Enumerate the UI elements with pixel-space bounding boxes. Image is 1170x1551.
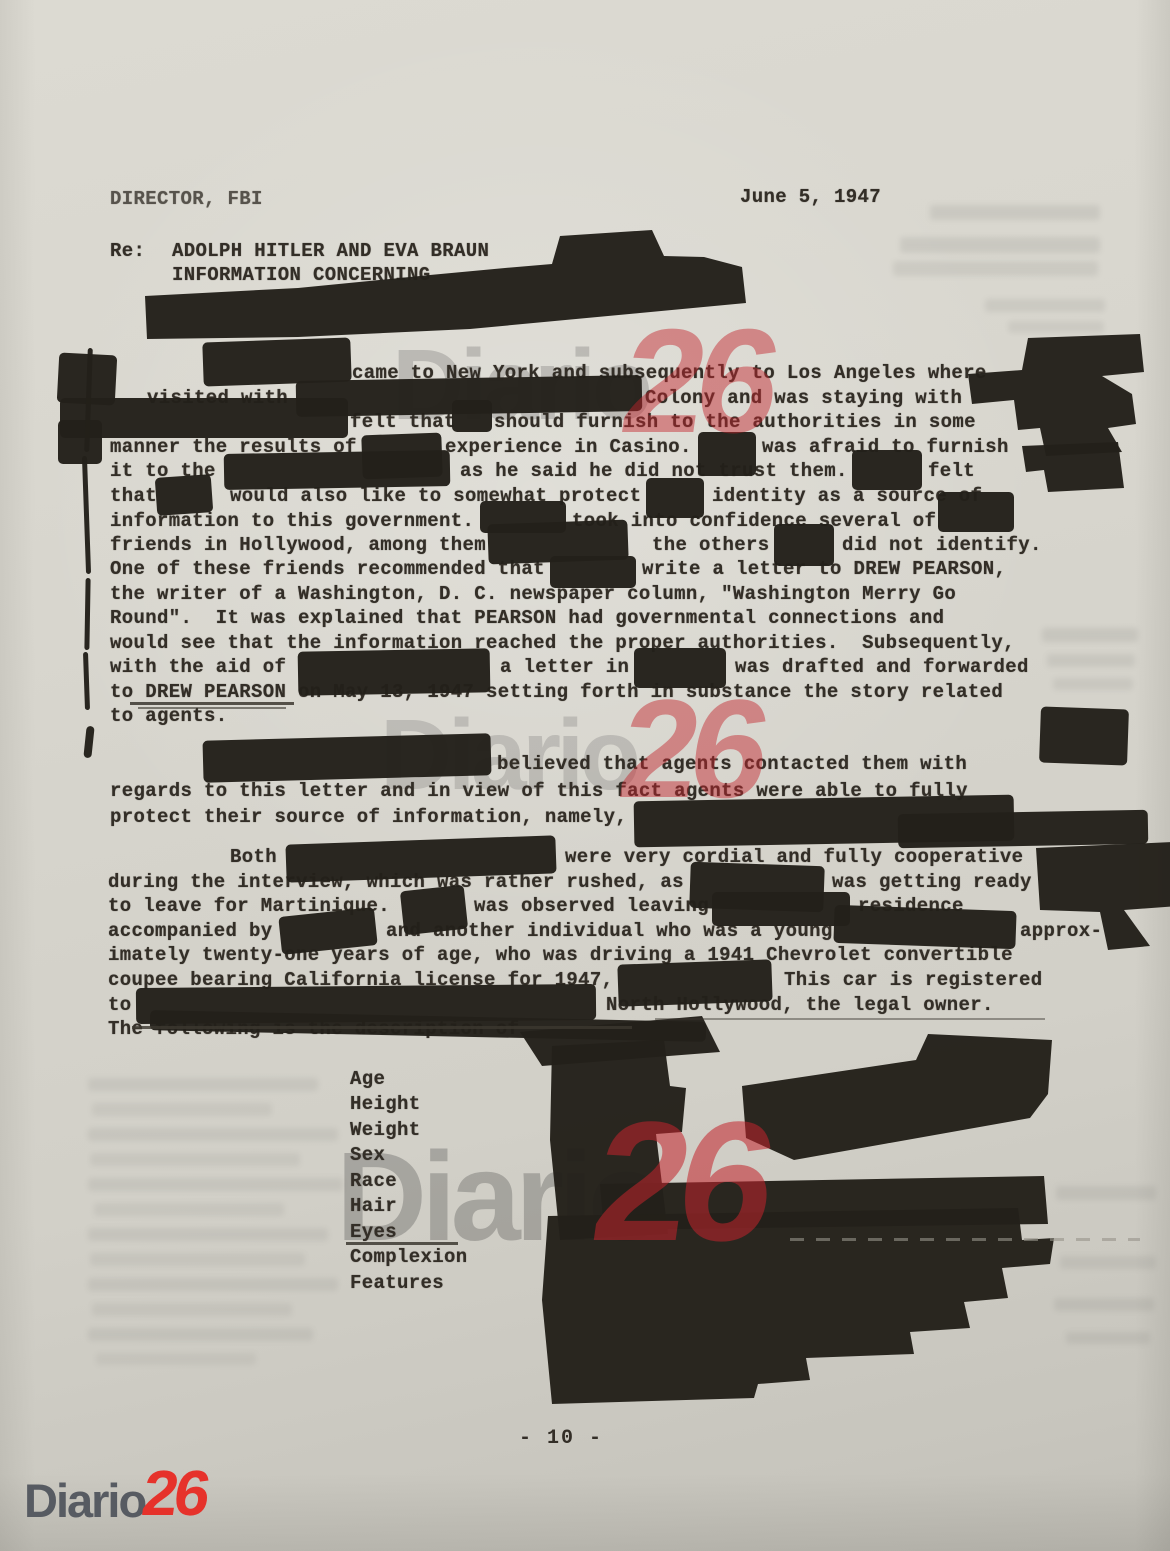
pen-line (138, 707, 286, 709)
watermark-brand-number: 26 (616, 324, 779, 439)
pen-line (790, 1238, 1140, 1241)
watermark-brand-number: 26 (587, 1116, 774, 1249)
pen-line (346, 1242, 458, 1245)
pen-line (655, 1018, 1045, 1020)
redaction-blob (1036, 842, 1170, 950)
scanned-document-page: { "header": { "recipient": "DIRECTOR, FB… (0, 0, 1170, 1551)
redaction-blob (742, 1034, 1052, 1160)
redaction-blob-layer (0, 0, 1170, 1551)
redaction-blob (968, 334, 1144, 456)
pen-line (132, 1026, 632, 1029)
brand-logo-gray: Diario (24, 1477, 145, 1524)
redaction-blob (1022, 442, 1124, 492)
pen-line (130, 702, 294, 705)
brand-logo-red: 26 (139, 1461, 211, 1525)
watermark-brand-number: 26 (614, 694, 768, 803)
